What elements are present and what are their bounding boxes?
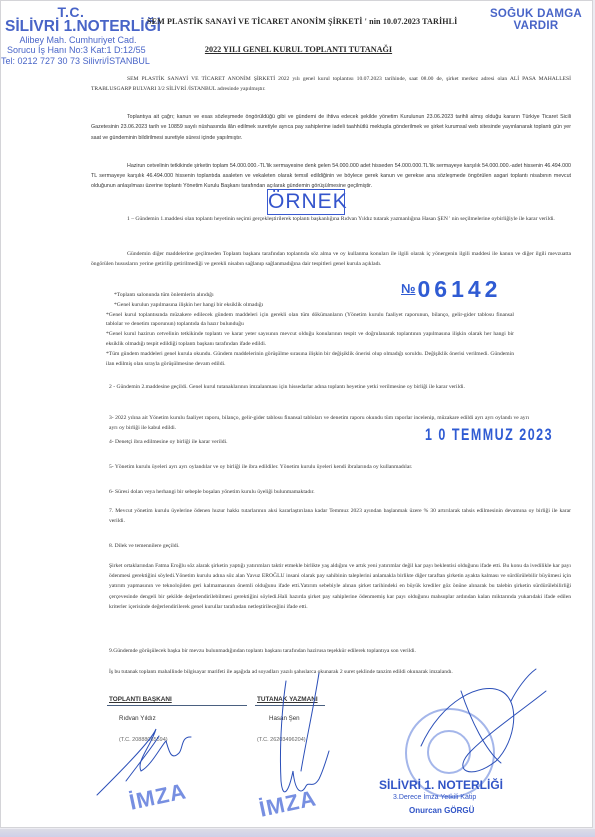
agenda-item-6: 6- Süresi dolan veya herhangi bir sebepl…	[109, 487, 571, 497]
signature-divider	[107, 705, 247, 706]
agenda-item-7: 7. Mevcut yönetim kurulu üyelerine ödene…	[109, 506, 571, 527]
agenda-item-5: 5- Yönetim kurulu üyeleri ayrı ayrı oyla…	[109, 462, 571, 472]
secretary-name: Hasan Şen	[269, 715, 300, 722]
paragraph-intro: SEM PLASTİK SANAYİ VE TİCARET ANONİM ŞİR…	[91, 74, 571, 95]
chairman-role: TOPLANTI BAŞKANI	[109, 696, 172, 703]
document-header: SEM PLASTİK SANAYİ VE TİCARET ANONİM ŞİR…	[147, 17, 457, 26]
notary-round-stamp: SİLİVRİ 1. NOTERLİĞİ 3.Derece İmza Yetki…	[379, 736, 519, 828]
closing-paragraph: İş bu tutanak toplantı mahallinde bilgis…	[109, 667, 579, 677]
signature-stamp-right: İMZA	[257, 785, 319, 822]
document-page: T.C. SİLİVRİ 1.NOTERLİĞİ Alibey Mah. Cum…	[0, 0, 593, 828]
agenda-item-1: 1 – Gündemin 1.maddesi olan toplantı hey…	[91, 214, 571, 224]
bullet-list: *Toplantı salonunda tüm önlemlerin alınd…	[114, 291, 514, 369]
cold-stamp-line2: VARDIR	[483, 20, 589, 32]
paragraph-quorum: Hazirun cetvelinin tetkikinde şirketin t…	[91, 162, 571, 191]
list-item: *Tüm gündem maddeleri genel kurula okund…	[106, 350, 514, 370]
chairman-id: (T.C. 20888065594)	[119, 737, 168, 743]
notary-address-1: Alibey Mah. Cumhuriyet Cad.	[15, 35, 141, 46]
date-stamp: 1 0 TEMMUZ 2023	[425, 425, 553, 444]
secretary-id: (T.C. 26203496204)	[257, 737, 306, 743]
list-item: *Toplantı salonunda tüm önlemlerin alınd…	[114, 291, 514, 301]
round-stamp-line2: 3.Derece İmza Yetkili Katip	[393, 794, 476, 801]
signature-divider	[255, 705, 325, 706]
list-item: *Genel kurul hazirun cetvelinin tetkikin…	[106, 330, 514, 350]
notary-tc: T.C.	[1, 5, 141, 19]
round-stamp-line3: Onurcan GÖRGÜ	[409, 806, 474, 815]
notary-name: SİLİVRİ 1.NOTERLİĞİ	[5, 19, 141, 35]
cold-stamp: SOĞUK DAMGA VARDIR	[483, 8, 589, 32]
stamp-emblem	[427, 730, 471, 774]
notary-phone: Tel: 0212 727 30 73 Silivri/İSTANBUL	[1, 56, 141, 67]
secretary-role: TUTANAK YAZMANI	[257, 696, 318, 703]
document-title: 2022 YILI GENEL KURUL TOPLANTI TUTANAĞI	[1, 45, 595, 54]
sample-stamp: ÖRNEK	[267, 189, 345, 215]
signature-stamp-left: İMZA	[127, 778, 189, 815]
viewer-bottom-bar	[0, 829, 595, 837]
agenda-item-9: 9.Gündemde görüşülecek başka bir mevzu b…	[109, 646, 571, 656]
agenda-item-2: 2 - Gündemin 2.maddesine geçildi. Genel …	[109, 382, 571, 392]
cold-stamp-line1: SOĞUK DAMGA	[483, 8, 589, 20]
paragraph-invitation: Toplantıya ait çağrı; kanun ve esas sözl…	[91, 112, 571, 143]
chairman-name: Rıdvan Yıldız	[119, 715, 156, 722]
list-item: *Genel kurul toplantısında müzakere edil…	[106, 311, 514, 331]
paragraph-procedure: Gündemin diğer maddelerine geçilmeden To…	[91, 249, 571, 270]
agenda-item-4: 4- Denetçi ibra edilmesine oy birliği il…	[109, 437, 409, 447]
agenda-item-8: 8. Dilek ve temennilere geçildi.	[109, 541, 571, 551]
list-item: *Genel kurulun yapılmasına ilişkin her h…	[114, 301, 514, 311]
agenda-item-8-detail: Şirket ortaklarından Fatma Eroğlu söz al…	[109, 561, 571, 612]
round-stamp-line1: SİLİVRİ 1. NOTERLİĞİ	[379, 778, 503, 792]
notary-stamp: T.C. SİLİVRİ 1.NOTERLİĞİ Alibey Mah. Cum…	[1, 5, 141, 66]
